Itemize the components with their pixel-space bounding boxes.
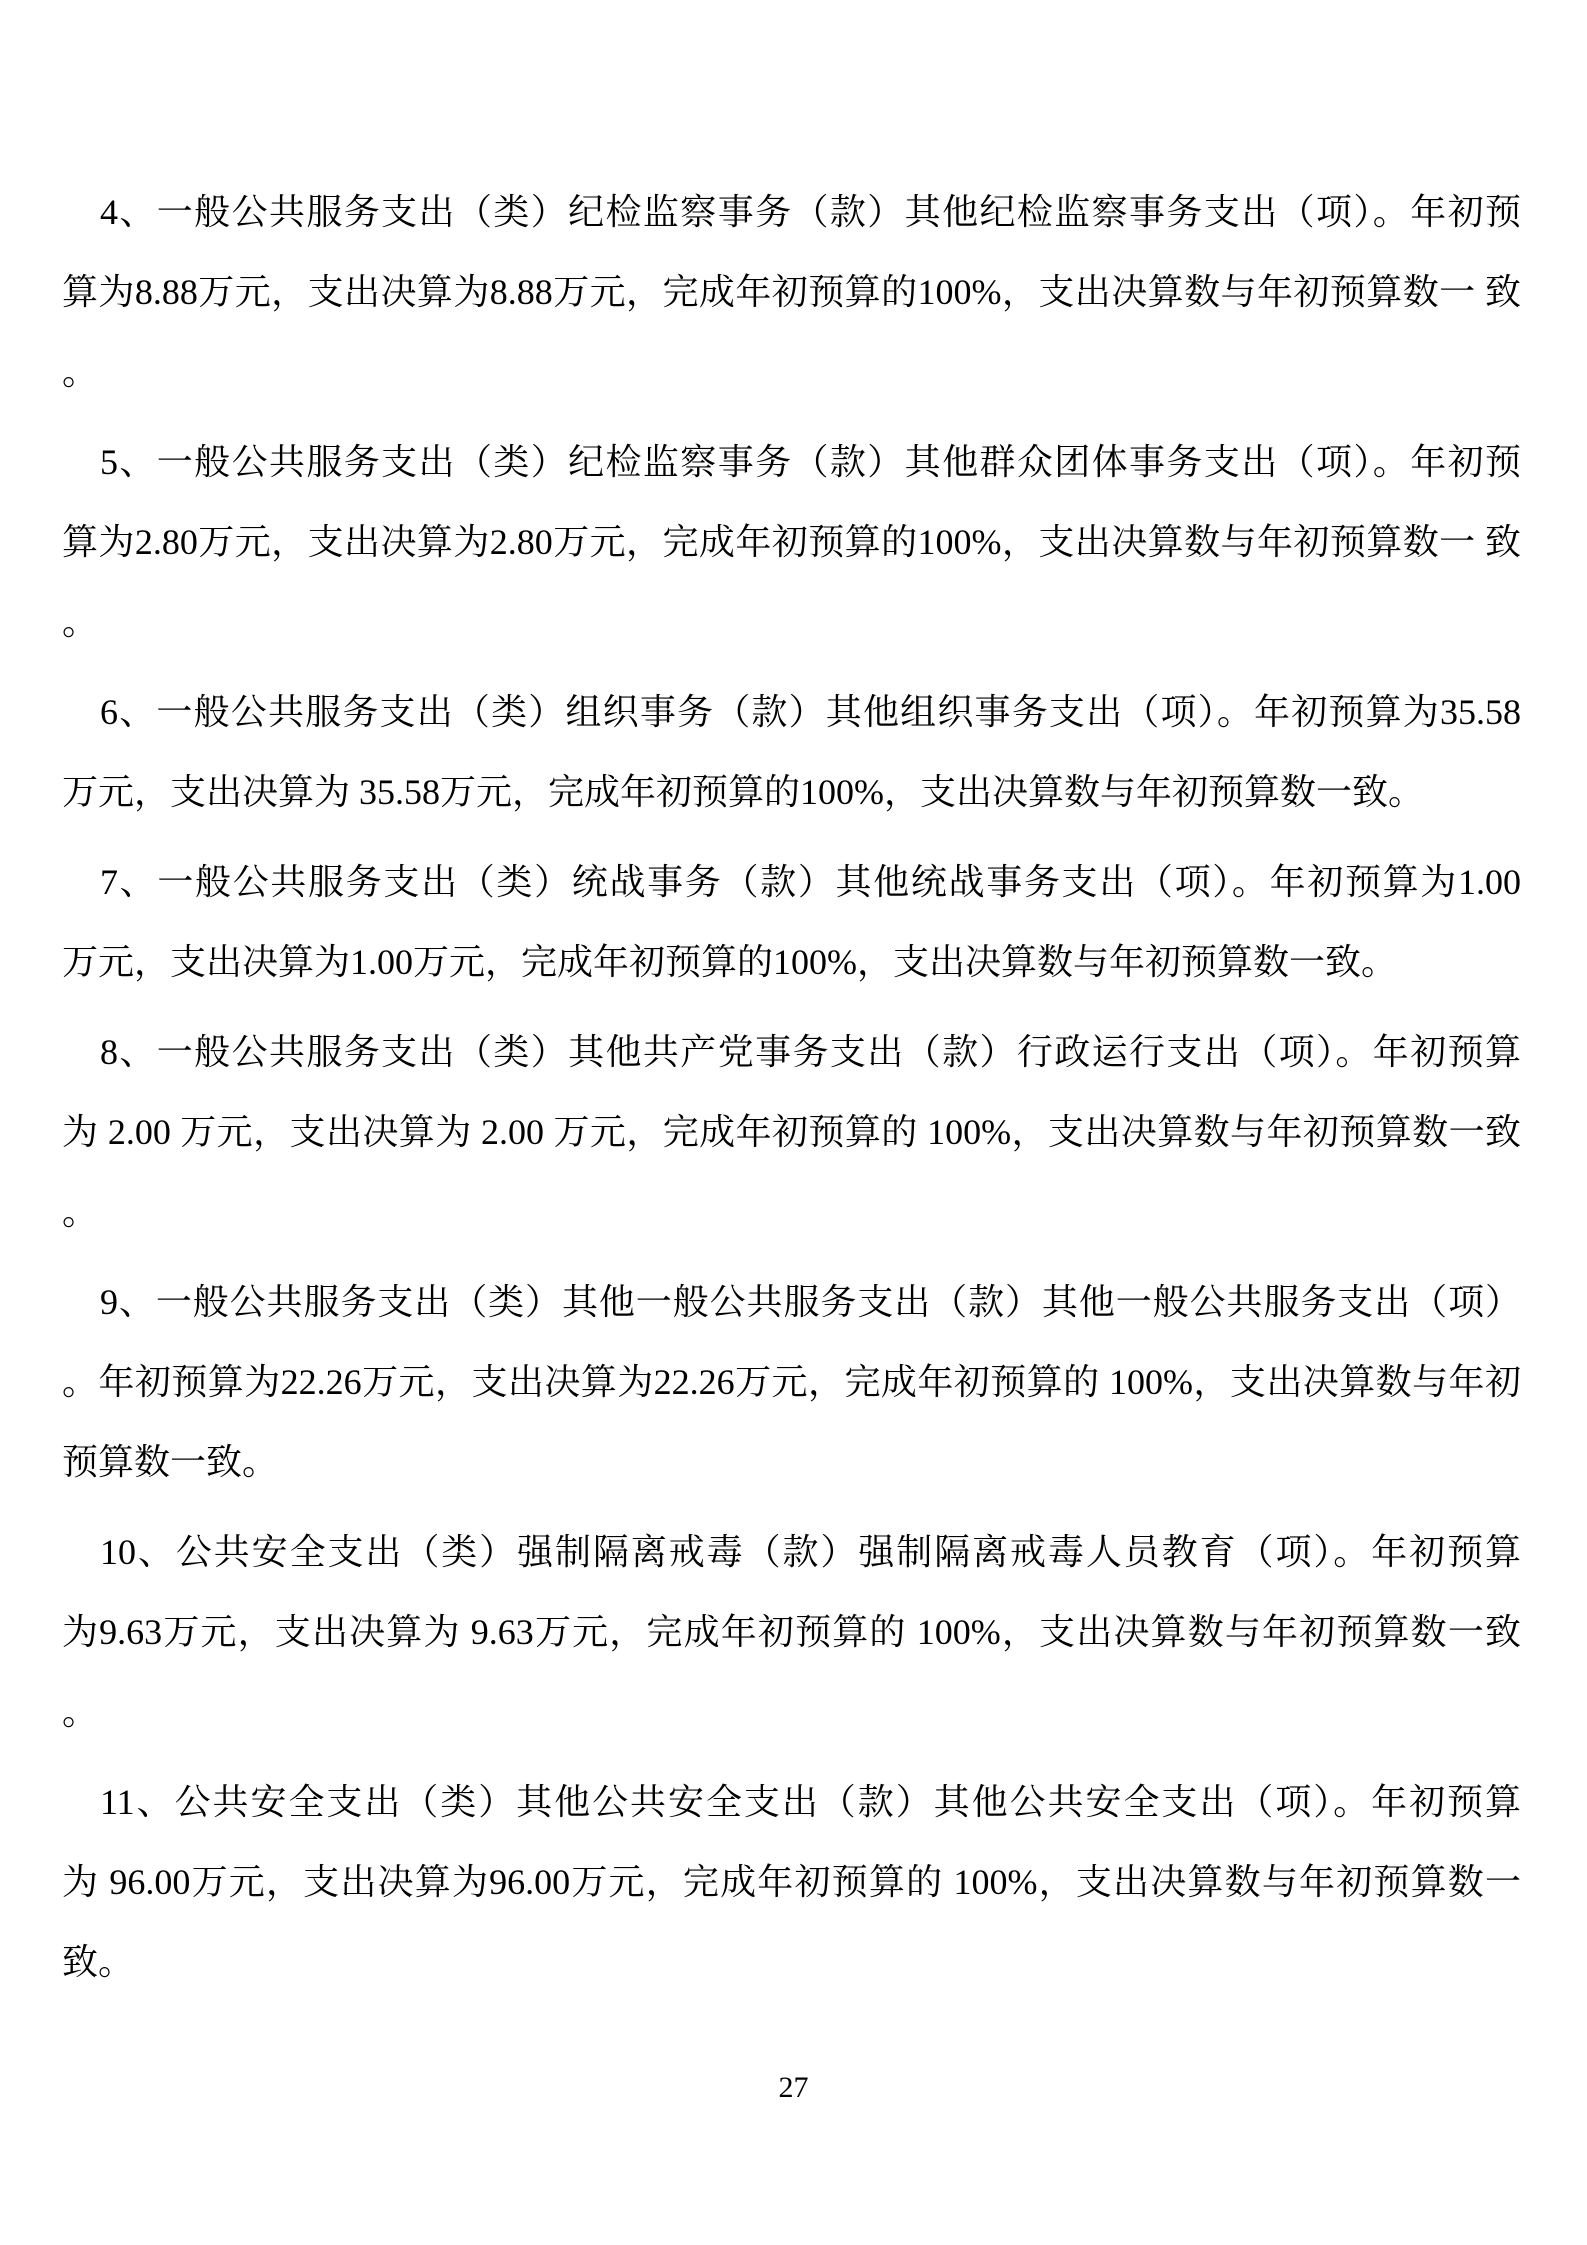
- paragraph: 6、一般公共服务支出（类）组织事务（款）其他组织事务支出（项）。年初预算为35.…: [62, 672, 1521, 832]
- paragraph-line: 6、一般公共服务支出（类）组织事务（款）其他组织事务支出（项）。年初预算为35.…: [62, 672, 1521, 752]
- paragraph: 7、一般公共服务支出（类）统战事务（款）其他统战事务支出（项）。年初预算为1.0…: [62, 842, 1521, 1002]
- paragraph-line: 4、一般公共服务支出（类）纪检监察事务（款）其他纪检监察事务支出（项）。年初预: [62, 172, 1521, 252]
- page-number: 27: [779, 2071, 809, 2104]
- paragraph: 4、一般公共服务支出（类）纪检监察事务（款）其他纪检监察事务支出（项）。年初预算…: [62, 172, 1521, 412]
- paragraph-line: 8、一般公共服务支出（类）其他共产党事务支出（款）行政运行支出（项）。年初预算: [62, 1012, 1521, 1092]
- paragraph-line: 为 2.00 万元，支出决算为 2.00 万元，完成年初预算的 100%，支出决…: [62, 1092, 1521, 1172]
- paragraph-line: 。: [62, 1672, 1521, 1752]
- paragraph: 9、一般公共服务支出（类）其他一般公共服务支出（款）其他一般公共服务支出（项）。…: [62, 1262, 1521, 1502]
- paragraph-line: 。: [62, 332, 1521, 412]
- page-footer: 27: [0, 2070, 1587, 2106]
- paragraph: 10、公共安全支出（类）强制隔离戒毒（款）强制隔离戒毒人员教育（项）。年初预算为…: [62, 1512, 1521, 1752]
- paragraph: 5、一般公共服务支出（类）纪检监察事务（款）其他群众团体事务支出（项）。年初预算…: [62, 422, 1521, 662]
- paragraph-line: 万元，支出决算为1.00万元，完成年初预算的100%，支出决算数与年初预算数一致…: [62, 922, 1521, 1002]
- paragraph-line: 万元，支出决算为 35.58万元，完成年初预算的100%，支出决算数与年初预算数…: [62, 752, 1521, 832]
- paragraph-line: 算为8.88万元，支出决算为8.88万元，完成年初预算的100%，支出决算数与年…: [62, 252, 1521, 332]
- paragraph-line: 11、公共安全支出（类）其他公共安全支出（款）其他公共安全支出（项）。年初预算: [62, 1762, 1521, 1842]
- paragraph-line: 5、一般公共服务支出（类）纪检监察事务（款）其他群众团体事务支出（项）。年初预: [62, 422, 1521, 502]
- paragraph-line: 算为2.80万元，支出决算为2.80万元，完成年初预算的100%，支出决算数与年…: [62, 502, 1521, 582]
- paragraph-line: 10、公共安全支出（类）强制隔离戒毒（款）强制隔离戒毒人员教育（项）。年初预算: [62, 1512, 1521, 1592]
- paragraph-line: 9、一般公共服务支出（类）其他一般公共服务支出（款）其他一般公共服务支出（项）: [62, 1262, 1521, 1342]
- paragraph-line: 为9.63万元，支出决算为 9.63万元，完成年初预算的 100%，支出决算数与…: [62, 1592, 1521, 1672]
- paragraph-line: 致。: [62, 1922, 1521, 2002]
- paragraph-line: 为 96.00万元，支出决算为96.00万元，完成年初预算的 100%，支出决算…: [62, 1842, 1521, 1922]
- paragraph: 11、公共安全支出（类）其他公共安全支出（款）其他公共安全支出（项）。年初预算为…: [62, 1762, 1521, 2002]
- paragraph-line: 。: [62, 582, 1521, 662]
- paragraph-line: 。年初预算为22.26万元，支出决算为22.26万元，完成年初预算的 100%，…: [62, 1342, 1521, 1422]
- paragraph: 8、一般公共服务支出（类）其他共产党事务支出（款）行政运行支出（项）。年初预算为…: [62, 1012, 1521, 1252]
- paragraph-line: 预算数一致。: [62, 1422, 1521, 1502]
- paragraph-line: 。: [62, 1172, 1521, 1252]
- document-page: 4、一般公共服务支出（类）纪检监察事务（款）其他纪检监察事务支出（项）。年初预算…: [0, 0, 1587, 2245]
- paragraph-line: 7、一般公共服务支出（类）统战事务（款）其他统战事务支出（项）。年初预算为1.0…: [62, 842, 1521, 922]
- document-body: 4、一般公共服务支出（类）纪检监察事务（款）其他纪检监察事务支出（项）。年初预算…: [62, 172, 1521, 2012]
